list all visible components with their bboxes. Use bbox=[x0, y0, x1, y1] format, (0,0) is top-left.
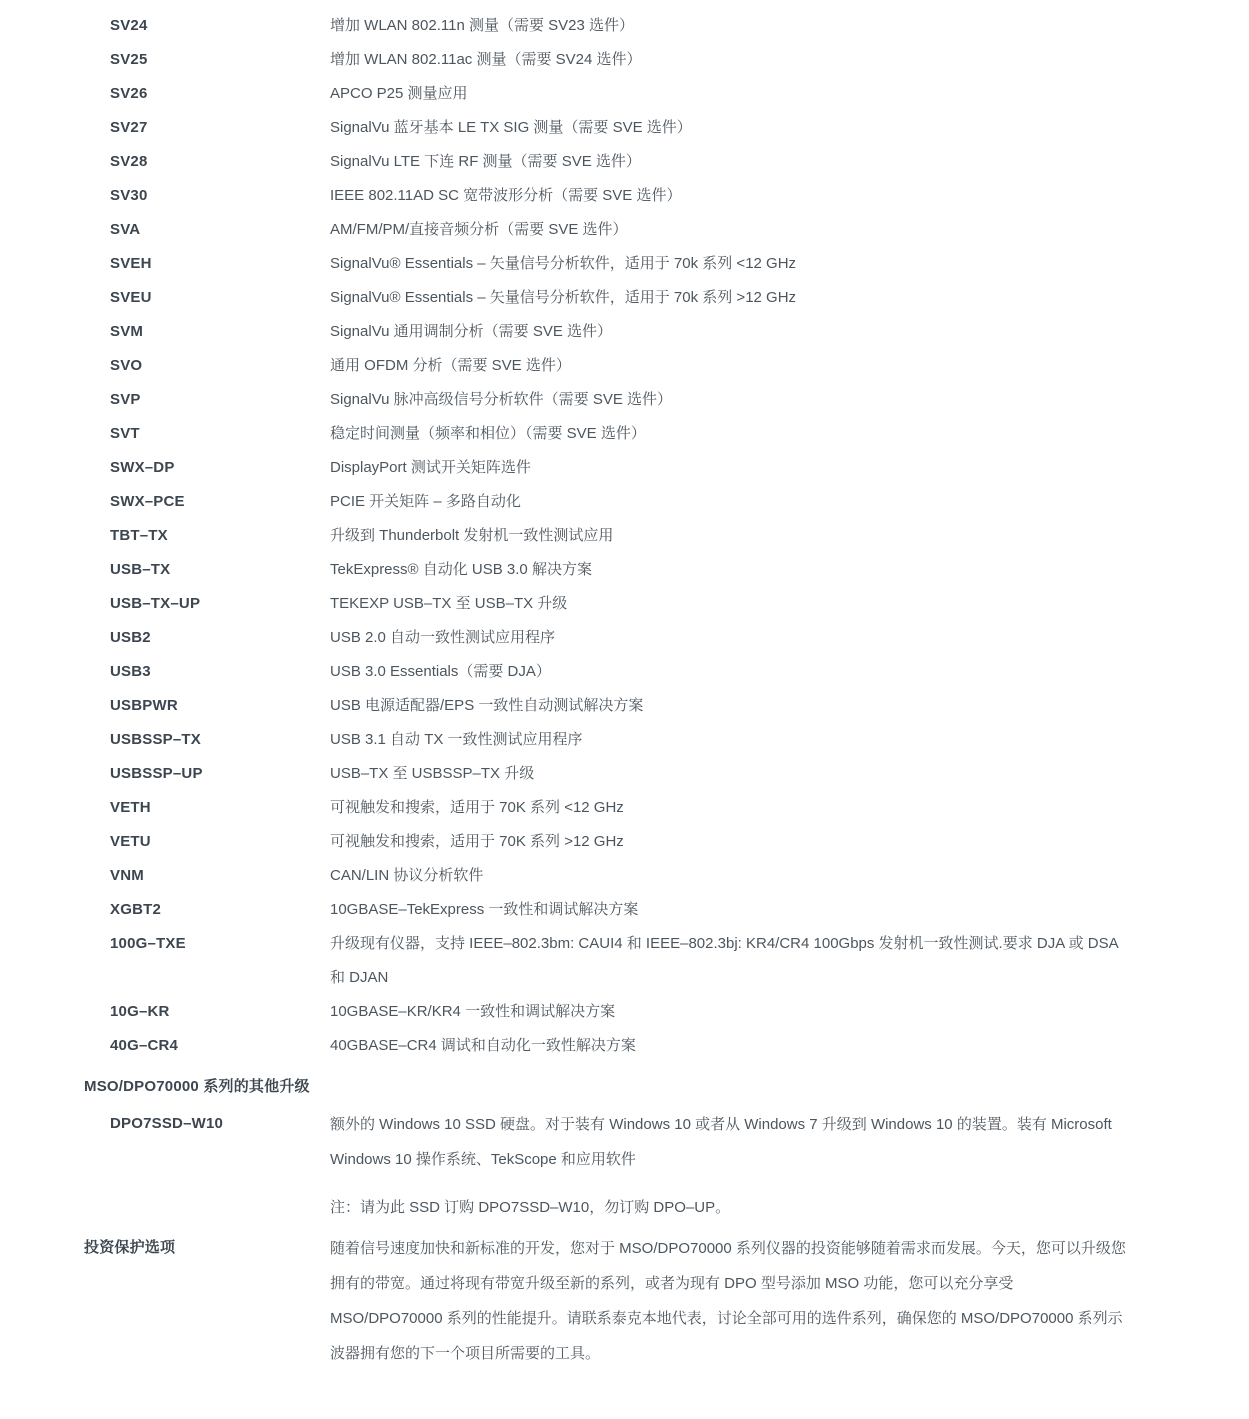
option-row: SVA AM/FM/PM/直接音频分析（需要 SVE 选件） bbox=[84, 213, 1135, 247]
option-description: PCIE 开关矩阵 – 多路自动化 bbox=[330, 485, 1135, 519]
option-row: USBSSP–TX USB 3.1 自动 TX 一致性测试应用程序 bbox=[84, 723, 1135, 757]
option-row: USB–TX–UP TEKEXP USB–TX 至 USB–TX 升级 bbox=[84, 587, 1135, 621]
upgrade-description: 额外的 Windows 10 SSD 硬盘。对于装有 Windows 10 或者… bbox=[330, 1107, 1130, 1177]
option-description: SignalVu® Essentials – 矢量信号分析软件，适用于 70k … bbox=[330, 281, 1135, 315]
option-row: SWX–PCE PCIE 开关矩阵 – 多路自动化 bbox=[84, 485, 1135, 519]
investment-protection-description: 随着信号速度加快和新标准的开发，您对于 MSO/DPO70000 系列仪器的投资… bbox=[330, 1231, 1130, 1371]
option-row: SV24 增加 WLAN 802.11n 测量（需要 SV23 选件） bbox=[84, 9, 1135, 43]
option-code: SV25 bbox=[84, 43, 330, 77]
investment-protection-label: 投资保护选项 bbox=[84, 1231, 330, 1265]
option-description: SignalVu® Essentials – 矢量信号分析软件，适用于 70k … bbox=[330, 247, 1135, 281]
option-row: XGBT2 10GBASE–TekExpress 一致性和调试解决方案 bbox=[84, 893, 1135, 927]
option-row: SVM SignalVu 通用调制分析（需要 SVE 选件） bbox=[84, 315, 1135, 349]
option-code: SWX–PCE bbox=[84, 485, 330, 519]
option-description: SignalVu 脉冲高级信号分析软件（需要 SVE 选件） bbox=[330, 383, 1135, 417]
option-description: USB–TX 至 USBSSP–TX 升级 bbox=[330, 757, 1135, 791]
option-row: VETU 可视触发和搜索，适用于 70K 系列 >12 GHz bbox=[84, 825, 1135, 859]
option-description: USB 3.0 Essentials（需要 DJA） bbox=[330, 655, 1135, 689]
option-row: VETH 可视触发和搜索，适用于 70K 系列 <12 GHz bbox=[84, 791, 1135, 825]
option-code: SVEH bbox=[84, 247, 330, 281]
option-code: USB–TX bbox=[84, 553, 330, 587]
option-row: USBPWR USB 电源适配器/EPS 一致性自动测试解决方案 bbox=[84, 689, 1135, 723]
option-description: 稳定时间测量（频率和相位）（需要 SVE 选件） bbox=[330, 417, 1135, 451]
option-code: USB–TX–UP bbox=[84, 587, 330, 621]
option-code: SVA bbox=[84, 213, 330, 247]
option-code: USB2 bbox=[84, 621, 330, 655]
option-code: 10G–KR bbox=[84, 995, 330, 1029]
option-description: IEEE 802.11AD SC 宽带波形分析（需要 SVE 选件） bbox=[330, 179, 1135, 213]
option-row: SWX–DP DisplayPort 测试开关矩阵选件 bbox=[84, 451, 1135, 485]
option-code: DPO7SSD–W10 bbox=[84, 1107, 330, 1141]
option-description: 10GBASE–KR/KR4 一致性和调试解决方案 bbox=[330, 995, 1135, 1029]
option-code: SVM bbox=[84, 315, 330, 349]
option-code: USBSSP–TX bbox=[84, 723, 330, 757]
option-code: SV26 bbox=[84, 77, 330, 111]
option-description: 通用 OFDM 分析（需要 SVE 选件） bbox=[330, 349, 1135, 383]
option-code: USB3 bbox=[84, 655, 330, 689]
option-row: SV26 APCO P25 测量应用 bbox=[84, 77, 1135, 111]
option-description: 升级现有仪器，支持 IEEE–802.3bm: CAUI4 和 IEEE–802… bbox=[330, 927, 1135, 995]
option-row: SVP SignalVu 脉冲高级信号分析软件（需要 SVE 选件） bbox=[84, 383, 1135, 417]
option-code: SVP bbox=[84, 383, 330, 417]
option-description: CAN/LIN 协议分析软件 bbox=[330, 859, 1135, 893]
option-row: SVO 通用 OFDM 分析（需要 SVE 选件） bbox=[84, 349, 1135, 383]
option-description: SignalVu 蓝牙基本 LE TX SIG 测量（需要 SVE 选件） bbox=[330, 111, 1135, 145]
option-code: SVO bbox=[84, 349, 330, 383]
option-description: TEKEXP USB–TX 至 USB–TX 升级 bbox=[330, 587, 1135, 621]
investment-protection-row: 投资保护选项 随着信号速度加快和新标准的开发，您对于 MSO/DPO70000 … bbox=[84, 1231, 1135, 1371]
option-row: 100G–TXE 升级现有仪器，支持 IEEE–802.3bm: CAUI4 和… bbox=[84, 927, 1135, 995]
option-code: SVT bbox=[84, 417, 330, 451]
option-row: 40G–CR4 40GBASE–CR4 调试和自动化一致性解决方案 bbox=[84, 1029, 1135, 1063]
option-code: SV28 bbox=[84, 145, 330, 179]
option-row: SVEH SignalVu® Essentials – 矢量信号分析软件，适用于… bbox=[84, 247, 1135, 281]
option-description: 可视触发和搜索，适用于 70K 系列 <12 GHz bbox=[330, 791, 1135, 825]
option-code: SV24 bbox=[84, 9, 330, 43]
option-row: SV27 SignalVu 蓝牙基本 LE TX SIG 测量（需要 SVE 选… bbox=[84, 111, 1135, 145]
option-description: DisplayPort 测试开关矩阵选件 bbox=[330, 451, 1135, 485]
option-code: SWX–DP bbox=[84, 451, 330, 485]
investment-protection-paragraph: 随着信号速度加快和新标准的开发，您对于 MSO/DPO70000 系列仪器的投资… bbox=[330, 1231, 1130, 1371]
option-row: SV28 SignalVu LTE 下连 RF 测量（需要 SVE 选件） bbox=[84, 145, 1135, 179]
option-code: SV30 bbox=[84, 179, 330, 213]
option-code: TBT–TX bbox=[84, 519, 330, 553]
option-description: 升级到 Thunderbolt 发射机一致性测试应用 bbox=[330, 519, 1135, 553]
option-row: USBSSP–UP USB–TX 至 USBSSP–TX 升级 bbox=[84, 757, 1135, 791]
option-description: USB 电源适配器/EPS 一致性自动测试解决方案 bbox=[330, 689, 1135, 723]
option-row: VNM CAN/LIN 协议分析软件 bbox=[84, 859, 1135, 893]
option-code: SVEU bbox=[84, 281, 330, 315]
section-heading-other-upgrades: MSO/DPO70000 系列的其他升级 bbox=[84, 1073, 334, 1101]
option-description: USB 2.0 自动一致性测试应用程序 bbox=[330, 621, 1135, 655]
option-row: TBT–TX 升级到 Thunderbolt 发射机一致性测试应用 bbox=[84, 519, 1135, 553]
option-description: AM/FM/PM/直接音频分析（需要 SVE 选件） bbox=[330, 213, 1135, 247]
option-row: SVEU SignalVu® Essentials – 矢量信号分析软件，适用于… bbox=[84, 281, 1135, 315]
option-code: 100G–TXE bbox=[84, 927, 330, 961]
option-description: 额外的 Windows 10 SSD 硬盘。对于装有 Windows 10 或者… bbox=[330, 1107, 1130, 1225]
option-row: USB3 USB 3.0 Essentials（需要 DJA） bbox=[84, 655, 1135, 689]
option-description: SignalVu 通用调制分析（需要 SVE 选件） bbox=[330, 315, 1135, 349]
option-code: USBPWR bbox=[84, 689, 330, 723]
option-description: TekExpress® 自动化 USB 3.0 解决方案 bbox=[330, 553, 1135, 587]
datasheet-page: SV24 增加 WLAN 802.11n 测量（需要 SV23 选件） SV25… bbox=[0, 0, 1249, 1371]
upgrade-row-dpo7ssd-w10: DPO7SSD–W10 额外的 Windows 10 SSD 硬盘。对于装有 W… bbox=[84, 1107, 1135, 1225]
option-code: VETH bbox=[84, 791, 330, 825]
option-code: VETU bbox=[84, 825, 330, 859]
option-row: SV25 增加 WLAN 802.11ac 测量（需要 SV24 选件） bbox=[84, 43, 1135, 77]
option-row: USB–TX TekExpress® 自动化 USB 3.0 解决方案 bbox=[84, 553, 1135, 587]
option-code: VNM bbox=[84, 859, 330, 893]
option-row: SVT 稳定时间测量（频率和相位）（需要 SVE 选件） bbox=[84, 417, 1135, 451]
option-description: APCO P25 测量应用 bbox=[330, 77, 1135, 111]
option-description: 10GBASE–TekExpress 一致性和调试解决方案 bbox=[330, 893, 1135, 927]
option-code: 40G–CR4 bbox=[84, 1029, 330, 1063]
option-description: 增加 WLAN 802.11ac 测量（需要 SV24 选件） bbox=[330, 43, 1135, 77]
option-code: XGBT2 bbox=[84, 893, 330, 927]
option-code: USBSSP–UP bbox=[84, 757, 330, 791]
option-description: 可视触发和搜索，适用于 70K 系列 >12 GHz bbox=[330, 825, 1135, 859]
option-row: SV30 IEEE 802.11AD SC 宽带波形分析（需要 SVE 选件） bbox=[84, 179, 1135, 213]
option-description: USB 3.1 自动 TX 一致性测试应用程序 bbox=[330, 723, 1135, 757]
option-code: SV27 bbox=[84, 111, 330, 145]
option-description: 40GBASE–CR4 调试和自动化一致性解决方案 bbox=[330, 1029, 1135, 1063]
upgrade-note: 注：请为此 SSD 订购 DPO7SSD–W10，勿订购 DPO–UP。 bbox=[330, 1190, 1130, 1225]
option-description: 增加 WLAN 802.11n 测量（需要 SV23 选件） bbox=[330, 9, 1135, 43]
option-description: SignalVu LTE 下连 RF 测量（需要 SVE 选件） bbox=[330, 145, 1135, 179]
option-row: 10G–KR 10GBASE–KR/KR4 一致性和调试解决方案 bbox=[84, 995, 1135, 1029]
option-row: USB2 USB 2.0 自动一致性测试应用程序 bbox=[84, 621, 1135, 655]
options-table: SV24 增加 WLAN 802.11n 测量（需要 SV23 选件） SV25… bbox=[84, 9, 1135, 1063]
